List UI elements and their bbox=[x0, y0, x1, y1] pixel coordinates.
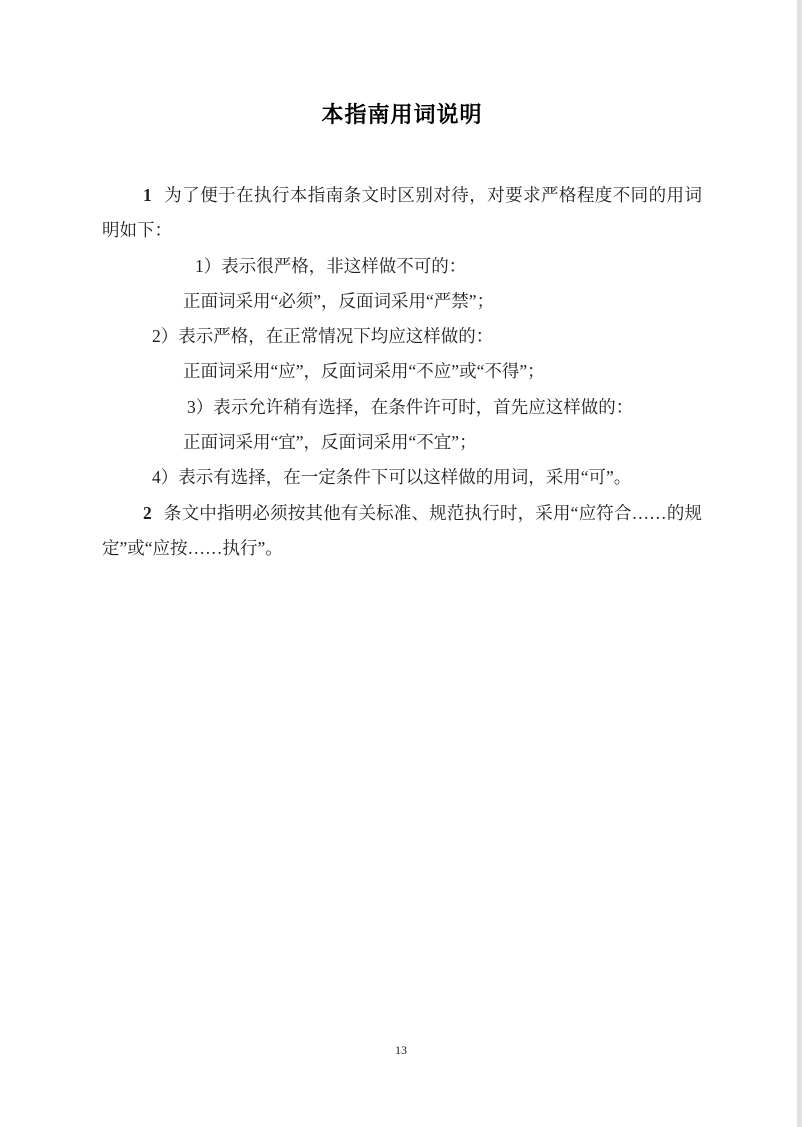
item-3-wording: 正面词采用“宜”，反面词采用“不宜”； bbox=[102, 425, 702, 460]
item-4-condition: 4）表示有选择，在一定条件下可以这样做的用词，采用“可”。 bbox=[102, 460, 702, 495]
item-2-wording: 正面词采用“应”，反面词采用“不应”或“不得”； bbox=[102, 354, 702, 389]
page-right-edge bbox=[797, 0, 802, 1127]
clause-2-text: 条文中指明必须按其他有关标准、规范执行时，采用“应符合……的规 bbox=[164, 503, 702, 523]
clause-1-number: 1 bbox=[143, 185, 164, 205]
body-text: 1为了便于在执行本指南条文时区别对待，对要求严格程度不同的用词说 明如下： 1）… bbox=[102, 178, 702, 566]
clause-1-line-1: 1为了便于在执行本指南条文时区别对待，对要求严格程度不同的用词说 bbox=[102, 178, 702, 213]
document-content: 本指南用词说明 1为了便于在执行本指南条文时区别对待，对要求严格程度不同的用词说… bbox=[102, 0, 702, 566]
clause-2-line-1: 2条文中指明必须按其他有关标准、规范执行时，采用“应符合……的规 bbox=[102, 496, 702, 531]
page-number: 13 bbox=[0, 1043, 802, 1058]
clause-2-number: 2 bbox=[143, 503, 164, 523]
item-3-condition: 3）表示允许稍有选择，在条件许可时，首先应这样做的： bbox=[102, 390, 702, 425]
item-2-condition: 2）表示严格，在正常情况下均应这样做的： bbox=[102, 319, 702, 354]
page-title: 本指南用词说明 bbox=[102, 100, 702, 129]
item-1-condition: 1）表示很严格，非这样做不可的： bbox=[102, 249, 702, 284]
clause-1-text: 为了便于在执行本指南条文时区别对待，对要求严格程度不同的用词说 bbox=[143, 185, 702, 213]
clause-2-line-2: 定”或“应按……执行”。 bbox=[102, 531, 702, 566]
clause-1-line-2: 明如下： bbox=[102, 213, 702, 248]
document-page: 本指南用词说明 1为了便于在执行本指南条文时区别对待，对要求严格程度不同的用词说… bbox=[0, 0, 802, 1127]
item-1-wording: 正面词采用“必须”，反面词采用“严禁”； bbox=[102, 284, 702, 319]
